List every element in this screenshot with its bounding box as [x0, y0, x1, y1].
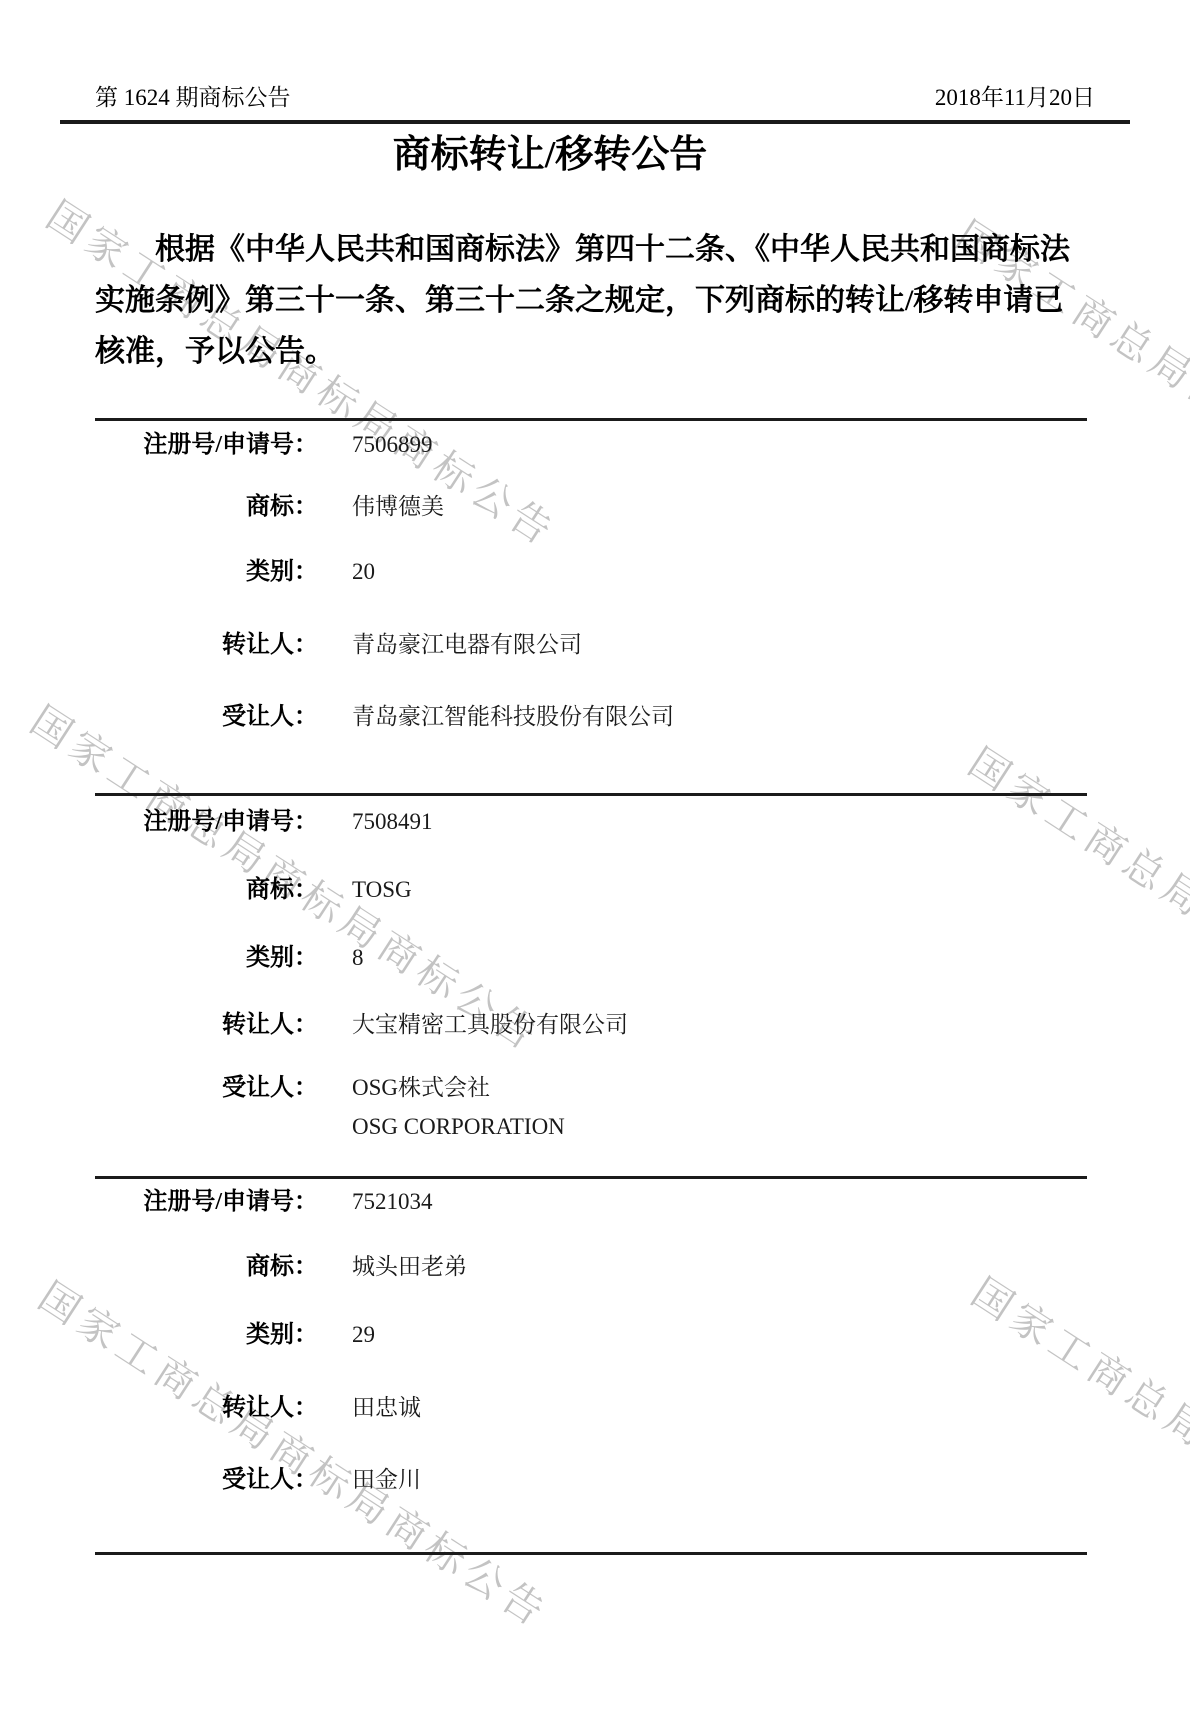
field-label: 受让人：	[95, 1465, 318, 1495]
record-separator	[95, 1176, 1087, 1179]
record-separator	[95, 793, 1087, 796]
trademark-gazette-page: 国家工商总局商标局商标公告 国家工商总局商标局商标公告 国家工商总局商标局商标公…	[0, 0, 1190, 1714]
record-row-class: 类别：29	[95, 1320, 375, 1350]
record-row-assignor: 转让人：青岛豪江电器有限公司	[95, 630, 582, 660]
field-label: 转让人：	[95, 630, 318, 660]
intro-line: 实施条例》第三十一条、第三十二条之规定，下列商标的转让/移转申请已	[95, 275, 1090, 326]
intro-line: 核准，予以公告。	[95, 326, 1090, 377]
field-label: 受让人：	[95, 702, 318, 732]
intro-paragraph: 根据《中华人民共和国商标法》第四十二条、《中华人民共和国商标法 实施条例》第三十…	[95, 224, 1090, 377]
watermark-text: 国家工商总局商标局商标公告	[959, 732, 1190, 1105]
intro-line: 根据《中华人民共和国商标法》第四十二条、《中华人民共和国商标法	[95, 224, 1090, 275]
header-rule	[60, 120, 1130, 124]
field-label: 注册号/申请号：	[95, 1187, 318, 1217]
field-value: 7506899	[352, 430, 433, 460]
field-value: 8	[352, 943, 364, 973]
field-value: 青岛豪江智能科技股份有限公司	[352, 702, 674, 732]
field-value: 田忠诚	[352, 1393, 421, 1423]
field-value: 城头田老弟	[352, 1252, 467, 1282]
page-title: 商标转让/移转公告	[0, 132, 1100, 178]
record-row-class: 类别：8	[95, 943, 364, 973]
field-value: 7521034	[352, 1187, 433, 1217]
field-label: 商标：	[95, 1252, 318, 1282]
field-value: 20	[352, 557, 375, 587]
field-value: TOSG	[352, 875, 412, 905]
field-label: 商标：	[95, 875, 318, 905]
field-label: 商标：	[95, 492, 318, 522]
field-value: 大宝精密工具股份有限公司	[352, 1010, 628, 1040]
record-row-class: 类别：20	[95, 557, 375, 587]
record-row-assignor: 转让人：大宝精密工具股份有限公司	[95, 1010, 628, 1040]
field-value: 田金川	[352, 1465, 421, 1495]
gazette-date: 2018年11月20日	[935, 84, 1095, 112]
field-label: 注册号/申请号：	[95, 807, 318, 837]
record-row-registration-number: 注册号/申请号：7521034	[95, 1187, 433, 1217]
field-label: 类别：	[95, 557, 318, 587]
record-row-assignor: 转让人：田忠诚	[95, 1393, 421, 1423]
field-value: 7508491	[352, 807, 433, 837]
field-label: 类别：	[95, 1320, 318, 1350]
record-row-assignee: 受让人：青岛豪江智能科技股份有限公司	[95, 702, 674, 732]
record-row-registration-number: 注册号/申请号：7508491	[95, 807, 433, 837]
field-label: 类别：	[95, 943, 318, 973]
record-row-assignee: 受让人：OSG株式会社	[95, 1073, 490, 1103]
record-row-trademark: 商标：伟博德美	[95, 492, 444, 522]
watermark-text: 国家工商总局商标局商标公告	[962, 1262, 1190, 1635]
record-separator	[95, 418, 1087, 421]
field-value: 29	[352, 1320, 375, 1350]
field-label: 转让人：	[95, 1393, 318, 1423]
record-row-assignee: 受让人：田金川	[95, 1465, 421, 1495]
field-label: 注册号/申请号：	[95, 430, 318, 460]
field-value: OSG株式会社	[352, 1073, 490, 1103]
record-row-assignee-english-name: OSG CORPORATION	[352, 1112, 565, 1142]
gazette-issue-number: 第 1624 期商标公告	[95, 84, 291, 112]
field-value: 青岛豪江电器有限公司	[352, 630, 582, 660]
field-value: 伟博德美	[352, 492, 444, 522]
record-separator	[95, 1552, 1087, 1555]
record-row-trademark: 商标：TOSG	[95, 875, 412, 905]
record-row-trademark: 商标：城头田老弟	[95, 1252, 467, 1282]
field-label: 转让人：	[95, 1010, 318, 1040]
record-row-registration-number: 注册号/申请号：7506899	[95, 430, 433, 460]
field-label: 受让人：	[95, 1073, 318, 1103]
